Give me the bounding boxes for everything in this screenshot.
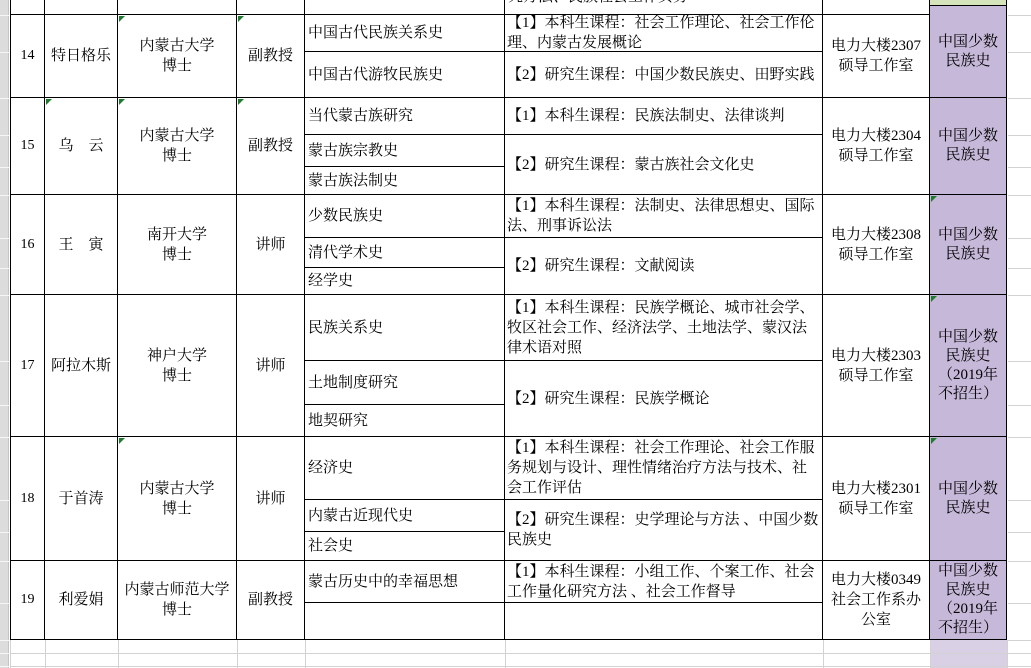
cell-university[interactable]: 内蒙古大学 博士 [118,15,237,98]
prev-row-courses-fragment: 究方法、民族社会工作实务 [508,0,688,7]
cell-research[interactable]: 少数民族史 [305,195,505,238]
gridline [1007,640,1008,668]
cell-no[interactable]: 18 [10,437,45,561]
gridline [0,98,9,99]
cell-university[interactable]: 内蒙古师范大学 博士 [118,561,237,640]
gridline [10,653,1031,654]
cell-courses-undergrad[interactable]: 【1】本科生课程：社会工作理论、社会工作伦理、内蒙古发展概论 [505,15,823,52]
cell-name[interactable]: 阿拉木斯 [45,295,118,437]
gridline [930,640,931,668]
prev-row-cell[interactable] [45,0,118,15]
gridline [0,295,9,296]
gridline [0,437,9,438]
cell-flag-icon [46,99,52,105]
gridline [0,15,9,16]
cell-name[interactable]: 王 寅 [45,195,118,295]
cell-courses-undergrad[interactable]: 【1】本科生课程：民族法制史、法律谈判 [505,98,823,135]
cell-title[interactable]: 副教授 [237,98,305,195]
cell-discipline[interactable]: 中国少数 民族史 [930,6,1007,98]
cell-flag-icon [931,438,937,444]
cell-title[interactable]: 讲师 [237,295,305,437]
cell-university[interactable]: 神户大学 博士 [118,295,237,437]
gridline [1008,532,1031,533]
cell-no[interactable]: 14 [10,15,45,98]
prev-row-cell[interactable] [237,0,305,15]
cell-flag-icon [931,196,937,202]
cell-no[interactable]: 19 [10,561,45,640]
gridline [0,195,9,196]
gridline [0,640,9,641]
cell-research[interactable]: 中国古代民族关系史 [305,15,505,52]
cell-research[interactable]: 民族关系史 [305,295,505,361]
gridline [1008,500,1031,501]
cell-research[interactable]: 社会史 [305,532,505,561]
gridline [1008,640,1031,641]
gridline [0,532,9,533]
cell-courses-undergrad[interactable]: 【1】本科生课程：民族学概论、城市社会学、牧区社会工作、经济法学、土地法学、蒙汉… [505,295,823,361]
cell-research[interactable]: 经学史 [305,268,505,295]
cell-research[interactable]: 清代学术史 [305,238,505,268]
gridline [1008,238,1031,239]
cell-no[interactable]: 16 [10,195,45,295]
gridline [0,603,9,604]
cell-courses-undergrad[interactable]: 【1】本科生课程：小组工作、个案工作、社会工作量化研究方法 、社会工作督导 [505,561,823,603]
cell-courses-grad[interactable] [505,603,823,640]
cell-courses-grad[interactable]: 【2】研究生课程：蒙古族社会文化史 [505,135,823,195]
row-header-strip [0,0,9,668]
cell-office[interactable]: 电力大楼0349 社会工作系办 公室 [823,561,930,640]
gridline [0,500,9,501]
cell-name[interactable]: 于首涛 [45,437,118,561]
cell-university[interactable]: 南开大学 博士 [118,195,237,295]
cell-office[interactable]: 电力大楼2301 硕导工作室 [823,437,930,561]
cell-courses-undergrad[interactable]: 【1】本科生课程：社会工作理论、社会工作服务规划与设计、理性情绪治疗方法与技术、… [505,437,823,500]
gridline [1008,603,1031,604]
cell-research[interactable]: 蒙古历史中的幸福思想 [305,561,505,603]
cell-title[interactable]: 讲师 [237,437,305,561]
gridline [1008,437,1031,438]
cell-research[interactable]: 内蒙古近现代史 [305,500,505,532]
cell-research[interactable]: 当代蒙古族研究 [305,98,505,135]
gridline [823,640,824,668]
gridline [1008,52,1031,53]
gridline [0,238,9,239]
gridline [10,640,11,668]
gridline [1008,135,1031,136]
cell-research[interactable]: 土地制度研究 [305,361,505,405]
cell-name[interactable]: 利爱娟 [45,561,118,640]
cell-university[interactable]: 内蒙古大学 博士 [118,437,237,561]
cell-discipline[interactable]: 中国少数 民族史 [930,195,1007,295]
prev-row-courses-cell[interactable]: 究方法、民族社会工作实务 [505,0,823,15]
gridline [1008,15,1031,16]
cell-name[interactable]: 乌 云 [45,98,118,195]
cell-discipline[interactable]: 中国少数 民族史 [930,437,1007,561]
gridline [0,52,9,53]
cell-courses-grad[interactable]: 【2】研究生课程：文献阅读 [505,238,823,295]
cell-courses-grad[interactable]: 【2】研究生课程：民族学概论 [505,361,823,437]
gridline [0,561,9,562]
gridline [1008,561,1031,562]
cell-office[interactable]: 电力大楼2308 硕导工作室 [823,195,930,295]
discipline-column-fill[interactable] [930,640,1007,668]
cell-office[interactable]: 电力大楼2307 硕导工作室 [823,15,930,98]
gridline [0,653,9,654]
cell-office[interactable]: 电力大楼2304 硕导工作室 [823,98,930,195]
spreadsheet: 究方法、民族社会工作实务 14 特日格乐 内蒙古大学 博士 副教授 中国古代民族… [0,0,1031,668]
cell-flag-icon [931,296,937,302]
cell-flag-icon [119,99,125,105]
cell-flag-icon [119,438,125,444]
cell-title[interactable]: 讲师 [237,195,305,295]
cell-courses-undergrad[interactable]: 【1】本科生课程：法制史、法律思想史、国际法、刑事诉讼法 [505,195,823,238]
gridline [118,640,119,668]
prev-row-office-cell[interactable] [823,0,930,15]
cell-university[interactable]: 内蒙古大学 博士 [118,98,237,195]
cell-research[interactable]: 地契研究 [305,405,505,437]
prev-row-cell[interactable] [305,0,505,15]
prev-row-cell[interactable] [10,0,45,15]
cell-discipline[interactable]: 中国少数 民族史 （2019年 不招生） [930,295,1007,437]
gridline [0,361,9,362]
gridline [0,135,9,136]
cell-no[interactable]: 17 [10,295,45,437]
cell-title[interactable]: 副教授 [237,15,305,98]
gridline [1008,195,1031,196]
gridline [0,268,9,269]
gridline [45,640,46,668]
gridline [237,640,238,668]
gridline [1008,268,1031,269]
gridline [10,666,1031,667]
cell-research[interactable] [305,603,505,640]
gridline [1008,167,1031,168]
cell-discipline[interactable]: 中国少数 民族史 （2019年 不招生） [930,561,1007,640]
gridline [0,405,9,406]
cell-research[interactable]: 蒙古族法制史 [305,167,505,195]
gridline [305,640,306,668]
cell-research[interactable]: 蒙古族宗教史 [305,135,505,167]
cell-name[interactable]: 特日格乐 [45,15,118,98]
prev-row-cell[interactable] [118,0,237,15]
gridline [505,640,506,668]
cell-title[interactable]: 副教授 [237,561,305,640]
gridline [1008,295,1031,296]
cell-discipline[interactable]: 中国少数 民族史 [930,98,1007,195]
gridline [1008,98,1031,99]
cell-office[interactable]: 电力大楼2303 硕导工作室 [823,295,930,437]
cell-flag-icon [119,16,125,22]
gridline [1008,361,1031,362]
cell-flag-icon [238,99,244,105]
cell-courses-grad[interactable]: 【2】研究生课程：中国少数民族史、田野实践 [505,52,823,98]
cell-no[interactable]: 15 [10,98,45,195]
cell-courses-grad[interactable]: 【2】研究生课程：史学理论与方法 、中国少数民族史 [505,500,823,561]
gridline [0,167,9,168]
gridline [0,666,9,667]
gridline [1008,405,1031,406]
cell-flag-icon [238,16,244,22]
cell-research[interactable]: 中国古代游牧民族史 [305,52,505,98]
cell-research[interactable]: 经济史 [305,437,505,500]
